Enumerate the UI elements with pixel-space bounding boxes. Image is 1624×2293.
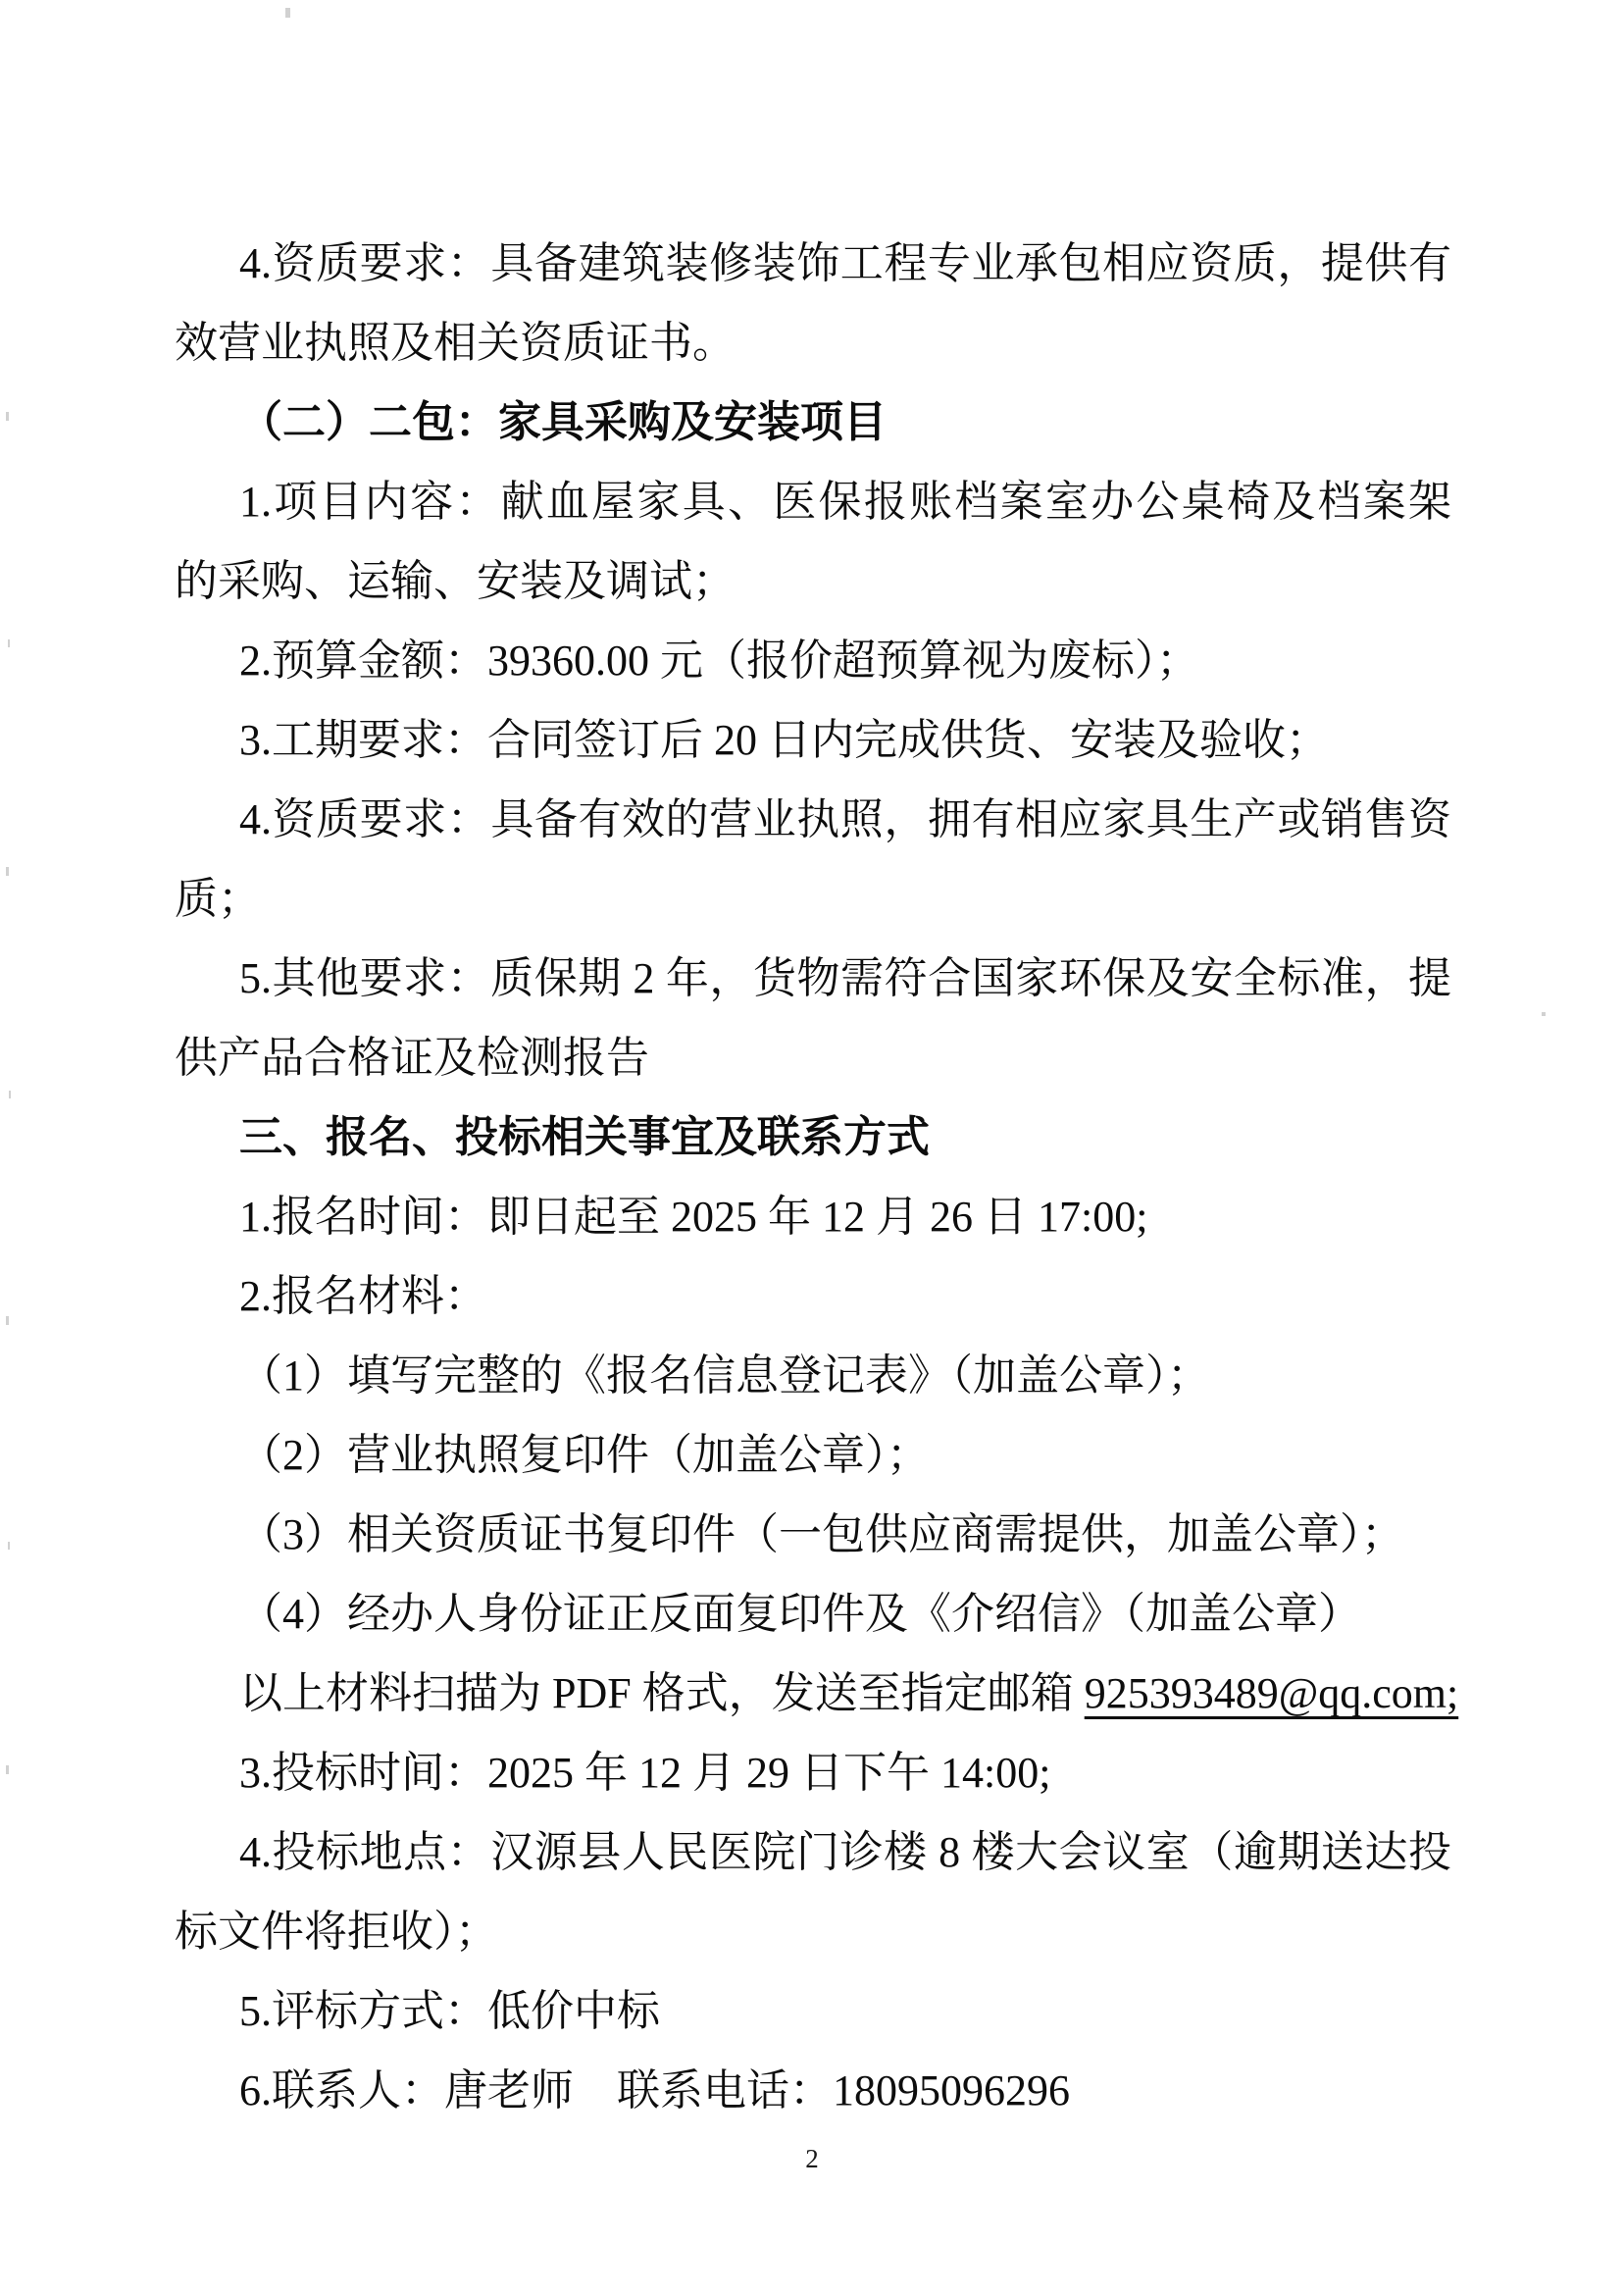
text-segment: 5.评标方式：低价中标	[239, 1987, 660, 2035]
document-line: 5.其他要求：质保期 2 年，货物需符合国家环保及安全标准，提	[175, 939, 1451, 1018]
scan-artifact	[285, 8, 290, 18]
scan-artifact	[9, 1091, 11, 1098]
text-segment: 标文件将拒收）；	[175, 1908, 498, 1956]
text-segment: 的采购、运输、安装及调试；	[175, 557, 736, 605]
page-number: 2	[0, 2144, 1624, 2174]
document-body: 4.资质要求：具备建筑装修装饰工程专业承包相应资质，提供有效营业执照及相关资质证…	[175, 224, 1451, 2130]
text-segment: 4.资质要求：具备建筑装修装饰工程专业承包相应资质，提供有	[239, 239, 1451, 287]
document-line: 3.工期要求：合同签订后 20 日内完成供货、安装及验收；	[175, 700, 1451, 780]
text-segment: 供产品合格证及检测报告	[175, 1034, 649, 1082]
text-segment: 质；	[175, 875, 261, 923]
scan-artifact	[1542, 1012, 1546, 1016]
scan-artifact	[6, 867, 9, 876]
document-line: 4.投标地点：汉源县人民医院门诊楼 8 楼大会议室（逾期送达投	[175, 1812, 1451, 1892]
text-segment: 6.联系人：唐老师 联系电话：18095096296	[239, 2066, 1070, 2115]
document-line: 标文件将拒收）；	[175, 1892, 1451, 1971]
document-line: 4.资质要求：具备有效的营业执照，拥有相应家具生产或销售资	[175, 780, 1451, 859]
email-address: 925393489@qq.com;	[1085, 1669, 1459, 1717]
document-line: 的采购、运输、安装及调试；	[175, 541, 1451, 621]
text-segment: 1.项目内容：献血屋家具、医保报账档案室办公桌椅及档案架	[239, 478, 1451, 526]
document-line: （4）经办人身份证正反面复印件及《介绍信》（加盖公章）	[175, 1574, 1451, 1654]
text-segment: 1.报名时间：即日起至 2025 年 12 月 26 日 17:00;	[239, 1193, 1147, 1241]
document-line: （1）填写完整的《报名信息登记表》（加盖公章）；	[175, 1336, 1451, 1415]
scan-artifact	[8, 639, 10, 647]
document-line: （3）相关资质证书复印件（一包供应商需提供，加盖公章）；	[175, 1495, 1451, 1574]
scan-artifact	[8, 1542, 10, 1550]
document-line: 2.预算金额：39360.00 元（报价超预算视为废标）；	[175, 621, 1451, 700]
contact-line: 6.联系人：唐老师 联系电话：18095096296	[175, 2051, 1451, 2130]
text-segment: 2.预算金额：39360.00 元（报价超预算视为废标）；	[239, 637, 1199, 685]
document-line: 质；	[175, 859, 1451, 939]
text-segment: （二）二包：家具采购及安装项目	[239, 398, 887, 446]
text-segment: （4）经办人身份证正反面复印件及《介绍信》（加盖公章）	[239, 1590, 1361, 1638]
scan-artifact	[6, 1765, 9, 1774]
document-line: 1.项目内容：献血屋家具、医保报账档案室办公桌椅及档案架	[175, 462, 1451, 541]
text-segment: （1）填写完整的《报名信息登记表》（加盖公章）；	[239, 1351, 1210, 1400]
document-line: 1.报名时间：即日起至 2025 年 12 月 26 日 17:00;	[175, 1177, 1451, 1256]
text-segment: 2.报名材料：	[239, 1272, 487, 1320]
text-segment: 三、报名、投标相关事宜及联系方式	[239, 1113, 930, 1161]
section-heading-registration: 三、报名、投标相关事宜及联系方式	[175, 1097, 1451, 1177]
text-segment: 4.投标地点：汉源县人民医院门诊楼 8 楼大会议室（逾期送达投	[239, 1828, 1451, 1876]
document-line: 5.评标方式：低价中标	[175, 1971, 1451, 2051]
document-line: 2.报名材料：	[175, 1256, 1451, 1336]
text-segment: 3.工期要求：合同签订后 20 日内完成供货、安装及验收；	[239, 716, 1329, 764]
document-page: 4.资质要求：具备建筑装修装饰工程专业承包相应资质，提供有效营业执照及相关资质证…	[0, 0, 1624, 2293]
section-heading-package-2: （二）二包：家具采购及安装项目	[175, 382, 1451, 462]
document-line: 供产品合格证及检测报告	[175, 1018, 1451, 1097]
text-segment: 3.投标时间：2025 年 12 月 29 日下午 14:00;	[239, 1749, 1050, 1797]
text-segment: 效营业执照及相关资质证书。	[175, 319, 736, 367]
document-line: 以上材料扫描为 PDF 格式，发送至指定邮箱 925393489@qq.com;	[175, 1654, 1451, 1733]
document-line: 效营业执照及相关资质证书。	[175, 303, 1451, 382]
document-line: 3.投标时间：2025 年 12 月 29 日下午 14:00;	[175, 1733, 1451, 1812]
document-line: 4.资质要求：具备建筑装修装饰工程专业承包相应资质，提供有	[175, 224, 1451, 303]
scan-artifact	[6, 1316, 9, 1325]
scan-artifact	[6, 412, 9, 421]
text-segment: 以上材料扫描为 PDF 格式，发送至指定邮箱	[239, 1669, 1085, 1717]
document-line: （2）营业执照复印件（加盖公章）；	[175, 1415, 1451, 1495]
text-segment: （2）营业执照复印件（加盖公章）；	[239, 1431, 930, 1479]
text-segment: 4.资质要求：具备有效的营业执照，拥有相应家具生产或销售资	[239, 795, 1451, 843]
text-segment: 5.其他要求：质保期 2 年，货物需符合国家环保及安全标准，提	[239, 954, 1451, 1002]
text-segment: （3）相关资质证书复印件（一包供应商需提供，加盖公章）；	[239, 1510, 1404, 1558]
